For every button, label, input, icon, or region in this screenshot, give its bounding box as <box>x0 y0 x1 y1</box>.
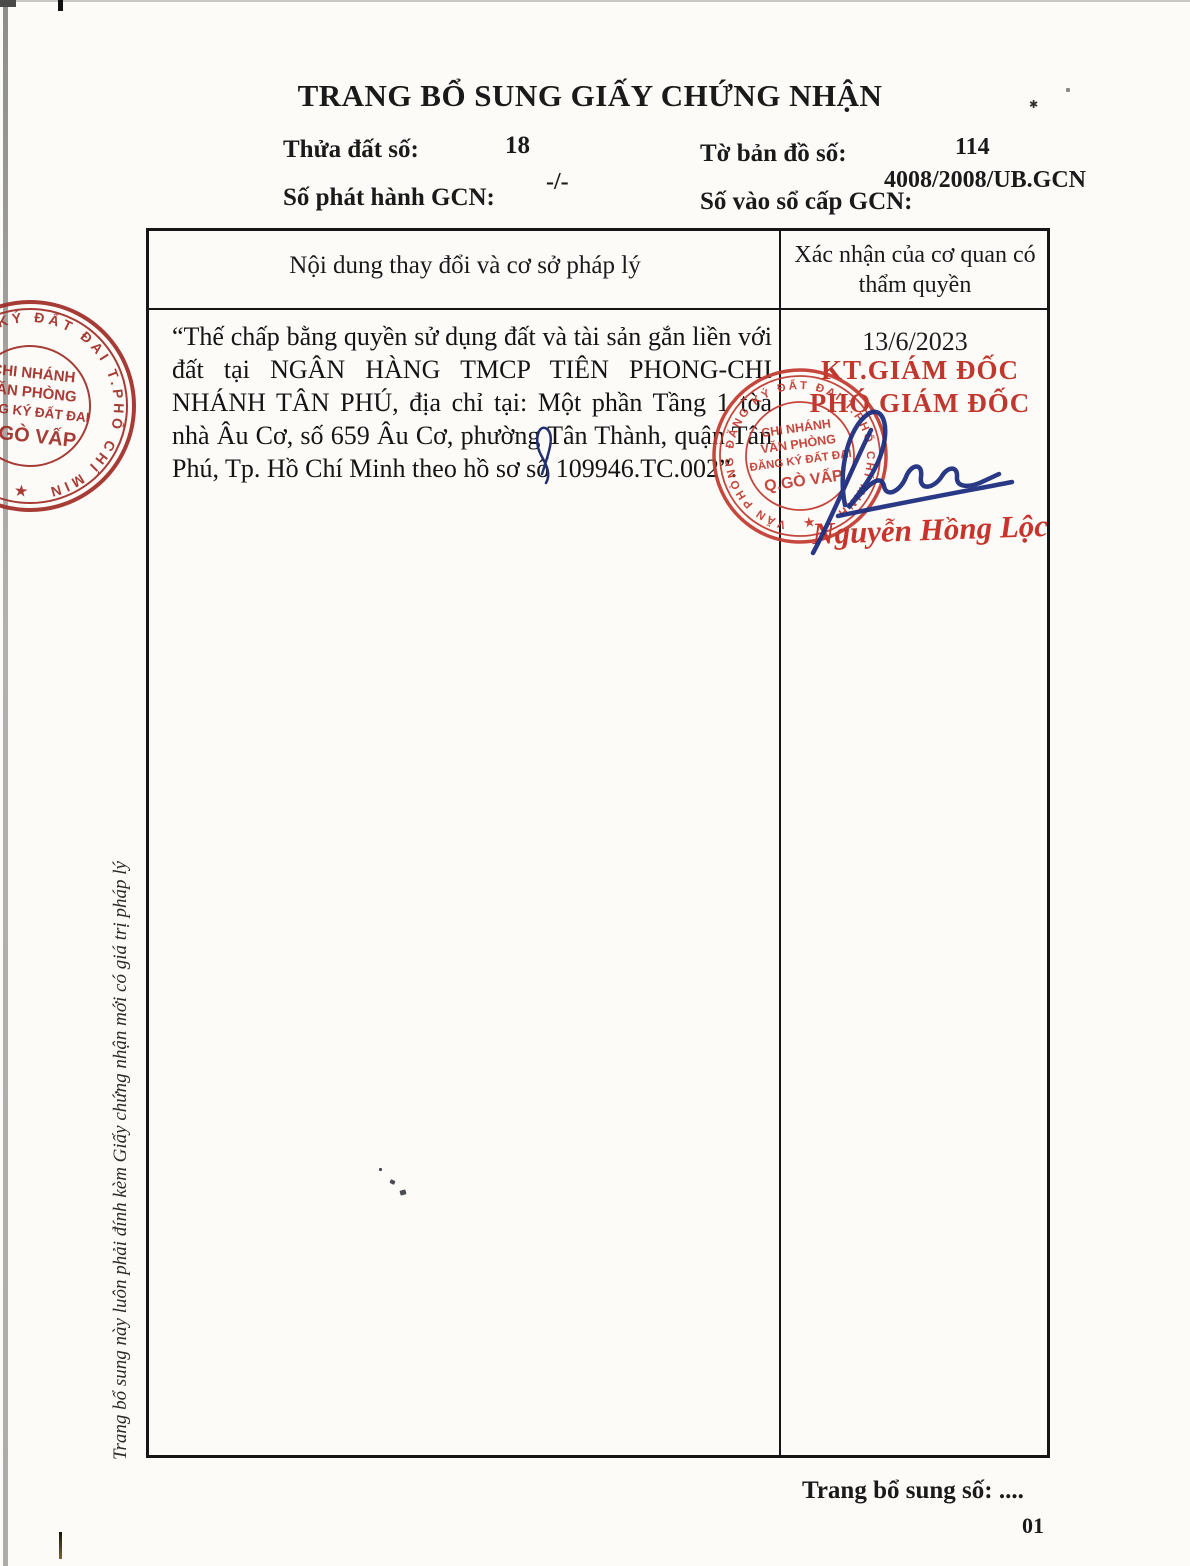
parcel-number-label: Thửa đất số: <box>283 136 419 164</box>
page-title: TRANG BỔ SUNG GIẤY CHỨNG NHẬN <box>150 78 1030 114</box>
scan-corner-artifact <box>0 0 16 7</box>
gcn-issue-number-value: -/- <box>546 169 569 196</box>
mortgage-entry-text: “Thế chấp bằng quyền sử dụng đất và tài … <box>172 320 772 485</box>
stamp-star-icon: ★ <box>14 482 29 499</box>
scan-speck <box>1066 88 1070 92</box>
content-column-header: Nội dung thay đổi và cơ sở pháp lý <box>170 252 760 280</box>
gcn-registry-number-label: Số vào sổ cấp GCN: <box>700 188 913 216</box>
confirmation-column-header: Xác nhận của cơ quan có thẩm quyền <box>784 240 1046 300</box>
registry-office-stamp: VĂN PHÒNG ĐĂNG KÝ ĐẤT ĐAI T.PHỐ CHÍ MINH… <box>698 354 901 557</box>
parcel-number-value: 18 <box>505 132 530 160</box>
side-note: Trang bổ sung này luôn phải đính kèm Giấ… <box>110 856 132 1460</box>
scan-tick-mark <box>58 0 63 11</box>
confirmation-header-line1: Xác nhận của cơ quan có <box>784 240 1046 270</box>
scan-edge-left <box>3 0 8 1566</box>
gcn-registry-number-value: 4008/2008/UB.GCN <box>884 167 1086 194</box>
page-number: 01 <box>1022 1513 1044 1539</box>
supplement-page-note: Trang bổ sung số: .... <box>802 1477 1024 1505</box>
confirmation-header-line2: thẩm quyền <box>784 270 1046 300</box>
map-sheet-value: 114 <box>955 134 990 161</box>
map-sheet-label: Tờ bản đồ số: <box>700 140 847 168</box>
confirmation-date: 13/6/2023 <box>782 327 1048 357</box>
registry-office-stamp-left: VĂN PHÒNG ĐĂNG KÝ ĐẤT ĐAI T.PHỐ CHÍ MINH… <box>0 285 151 527</box>
scan-star-speck: ✱ <box>1029 98 1038 111</box>
table-header-underline <box>148 308 1048 310</box>
stamp-star-icon: ★ <box>803 515 816 530</box>
scan-edge-top <box>0 0 1190 2</box>
gcn-issue-number-label: Số phát hành GCN: <box>283 184 495 212</box>
scan-bottom-mark <box>59 1532 62 1559</box>
